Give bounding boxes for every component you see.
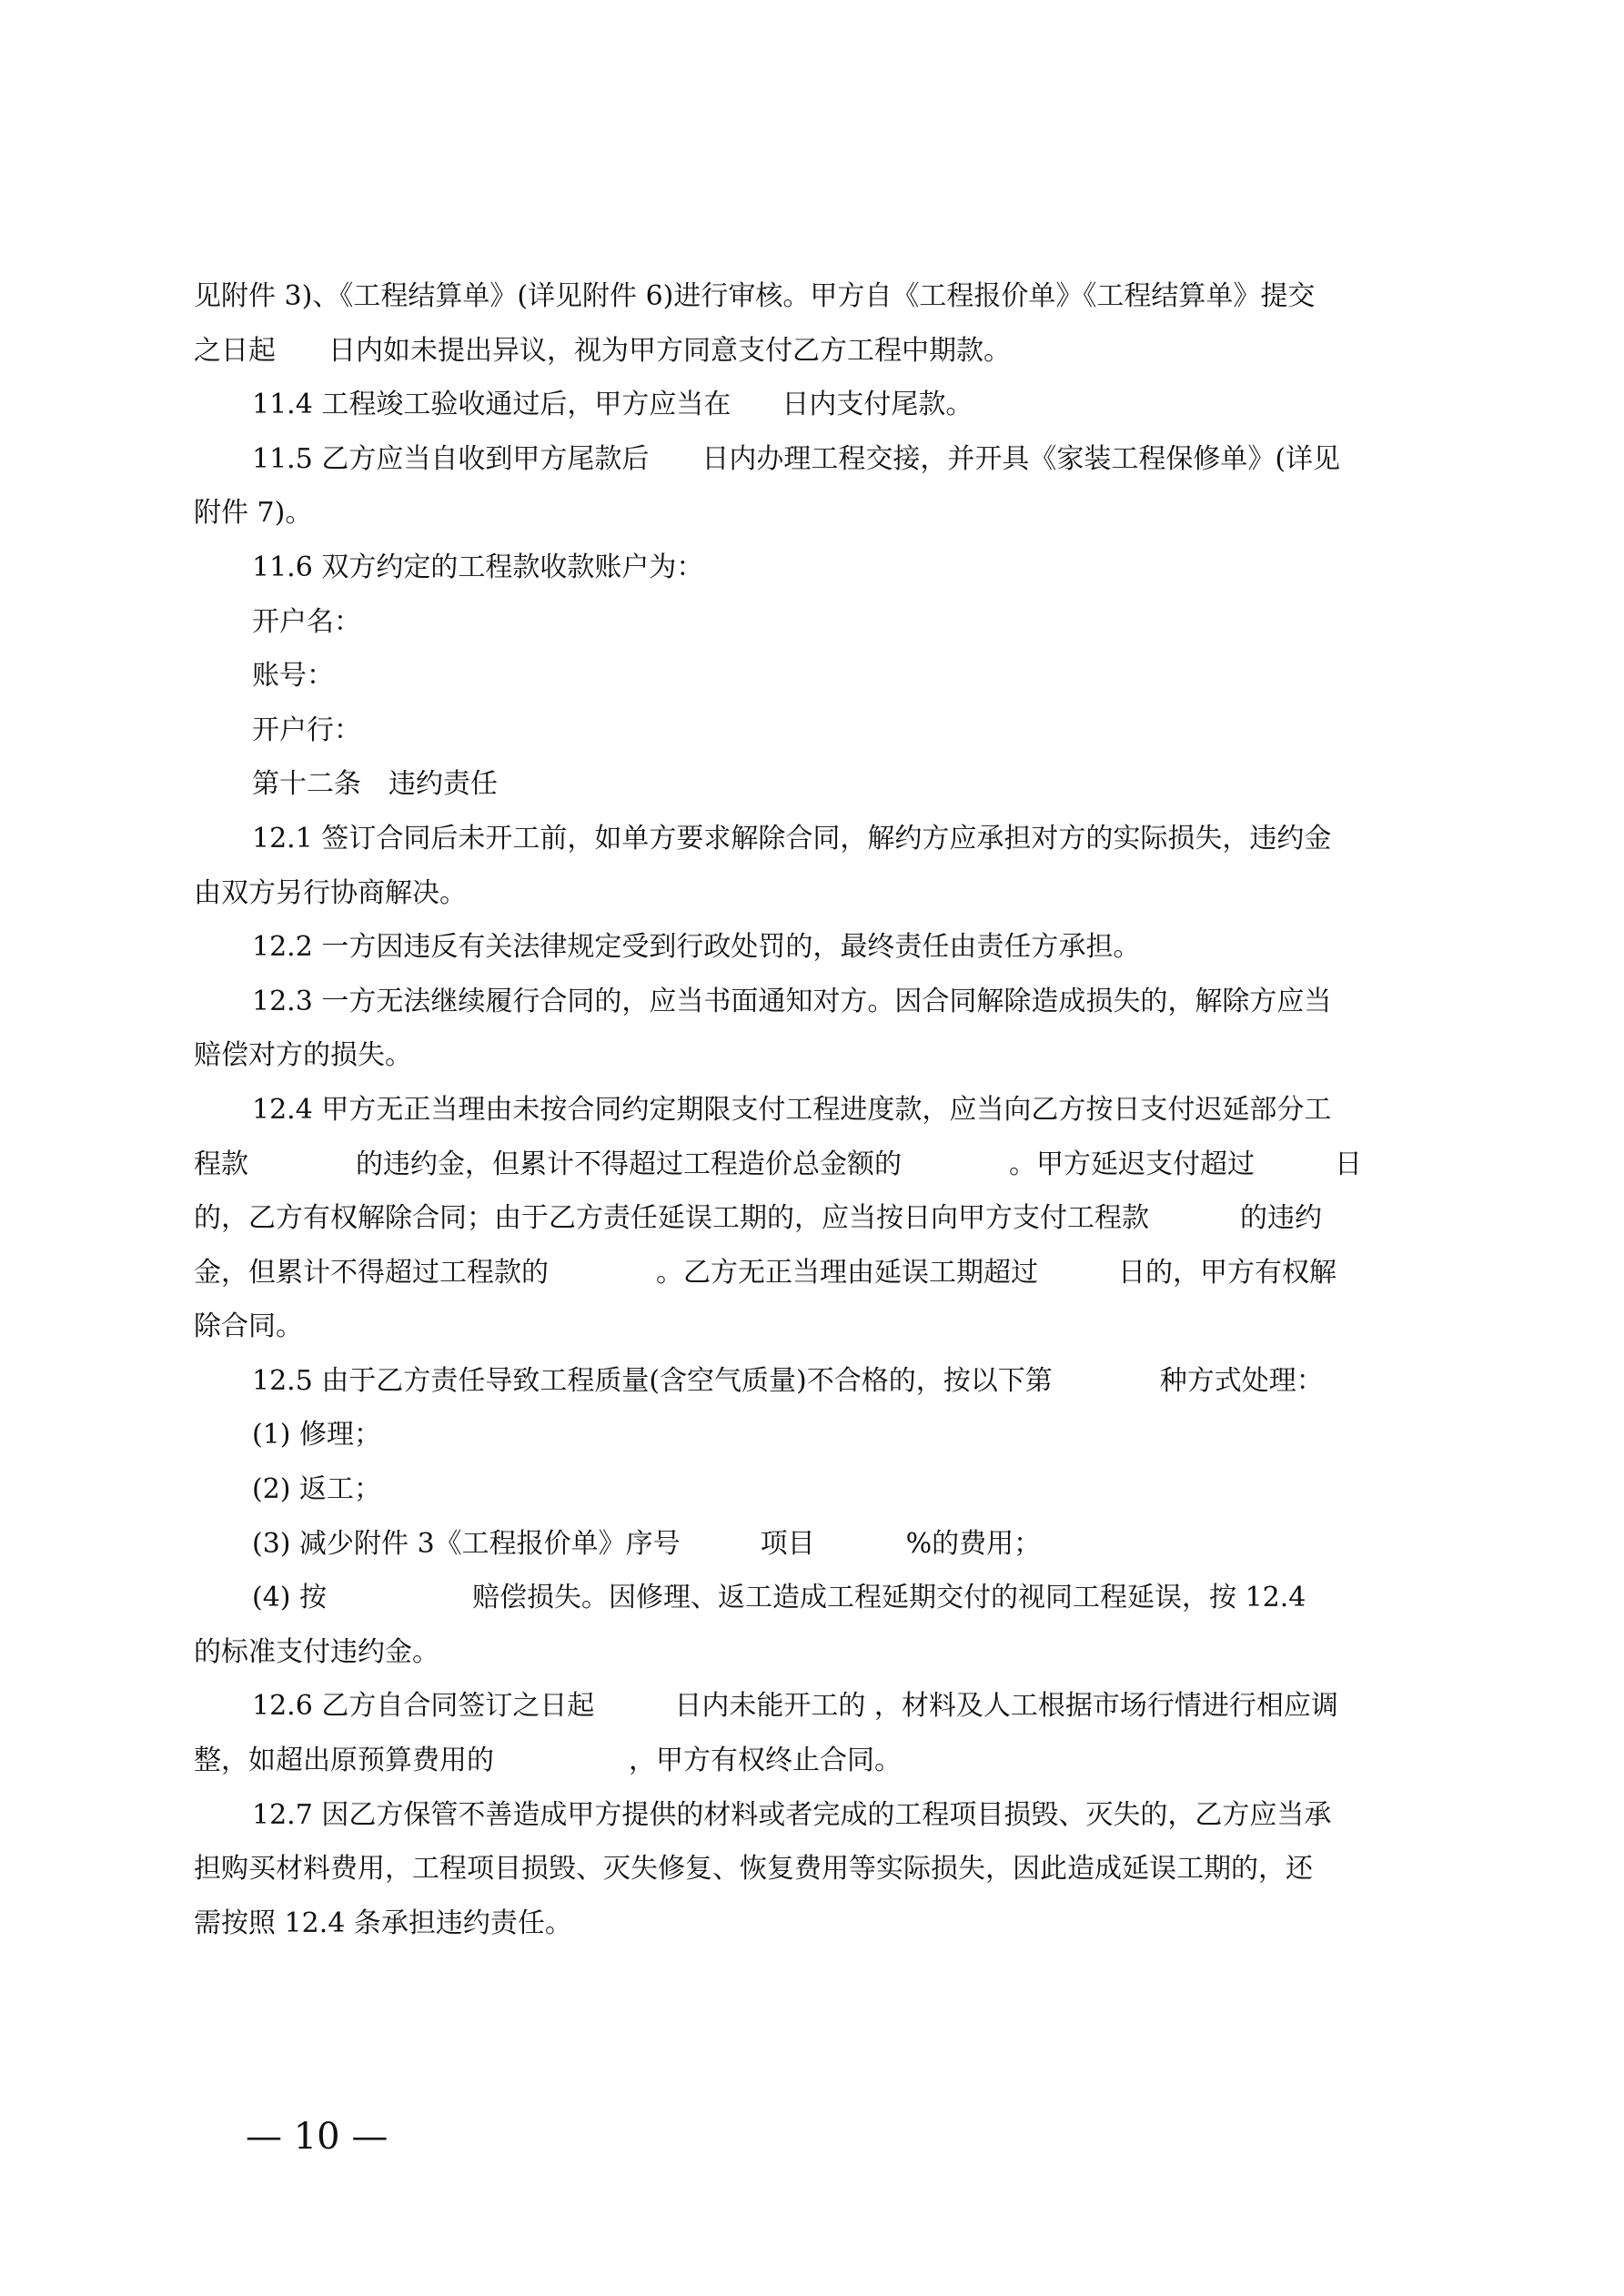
text: 金，但累计不得超过工程款的 — [194, 1257, 549, 1289]
heading-number: 第十二条 — [252, 768, 361, 800]
account-number-field: 账号： — [194, 649, 1451, 703]
text: 11.5 乙方应当自收到甲方尾款后 — [252, 443, 649, 475]
text: (3) 减少附件 3《工程报价单》序号 — [252, 1528, 681, 1560]
text: 12.5 由于乙方责任导致工程质量(含空气质量)不合格的，按以下第 — [252, 1365, 1053, 1397]
text: 的标准支付违约金。 — [194, 1636, 439, 1668]
clause-12-1: 12.1 签订合同后未开工前，如单方要求解除合同，解约方应承担对方的实际损失，违… — [194, 812, 1451, 866]
text: 的违约金，但累计不得超过工程造价总金额的 — [356, 1148, 902, 1180]
paragraph-line: 由双方另行协商解决。 — [194, 866, 1451, 921]
text: 11.4 工程竣工验收通过后，甲方应当在 — [252, 389, 731, 420]
text: 日内支付尾款。 — [782, 389, 973, 420]
text: (2) 返工； — [252, 1473, 381, 1505]
text: 除合同。 — [194, 1310, 303, 1342]
text: 赔偿损失。因修理、返工造成工程延期交付的视同工程延误，按 12.4 — [472, 1582, 1306, 1613]
paragraph-line: 赔偿对方的损失。 — [194, 1028, 1451, 1083]
paragraph-line: 之日起日内如未提出异议，视为甲方同意支付乙方工程中期款。 — [194, 324, 1451, 379]
option-4: (4) 按赔偿损失。因修理、返工造成工程延期交付的视同工程延误，按 12.4 — [194, 1571, 1451, 1625]
option-2: (2) 返工； — [194, 1462, 1451, 1517]
label: 开户名： — [252, 606, 361, 638]
paragraph-line: 的，乙方有权解除合同；由于乙方责任延误工期的，应当按日向甲方支付工程款的违约 — [194, 1191, 1451, 1246]
text: (4) 按 — [252, 1582, 327, 1613]
text: 12.7 因乙方保管不善造成甲方提供的材料或者完成的工程项目损毁、灭失的，乙方应… — [252, 1799, 1331, 1831]
bank-field: 开户行： — [194, 703, 1451, 758]
text: 的违约 — [1240, 1202, 1322, 1234]
label: 账号： — [252, 660, 334, 692]
document-page: 见附件 3)、《工程结算单》(详见附件 6)进行审核。甲方自《工程报价单》《工程… — [194, 269, 1451, 1950]
text: 担购买材料费用，工程项目损毁、灭失修复、恢复费用等实际损失，因此造成延误工期的，… — [194, 1853, 1313, 1885]
paragraph-line: 担购买材料费用，工程项目损毁、灭失修复、恢复费用等实际损失，因此造成延误工期的，… — [194, 1842, 1451, 1896]
paragraph-line: 需按照 12.4 条承担违约责任。 — [194, 1896, 1451, 1951]
text: 11.6 双方约定的工程款收款账户为： — [252, 551, 703, 583]
text: 日内未能开工的 ，材料及人工根据市场行情进行相应调 — [674, 1690, 1338, 1722]
text: 见附件 3)、《工程结算单》(详见附件 6)进行审核。甲方自《工程报价单》《工程… — [194, 269, 1315, 324]
text: 12.2 一方因违反有关法律规定受到行政处罚的，最终责任由责任方承担。 — [252, 931, 1140, 963]
text: (1) 修理； — [252, 1419, 381, 1451]
text: 12.1 签订合同后未开工前，如单方要求解除合同，解约方应承担对方的实际损失，违… — [252, 823, 1331, 855]
text: 由双方另行协商解决。 — [194, 877, 467, 909]
text: 日内办理工程交接，并开具《家装工程保修单》(详见 — [701, 443, 1340, 475]
clause-12-6: 12.6 乙方自合同签订之日起日内未能开工的 ，材料及人工根据市场行情进行相应调 — [194, 1679, 1451, 1734]
text: 日 — [1335, 1148, 1362, 1180]
text: 。甲方延迟支付超过 — [1009, 1148, 1255, 1180]
text: 种方式处理： — [1160, 1365, 1324, 1397]
text: ，甲方有权终止合同。 — [629, 1745, 902, 1776]
clause-12-7: 12.7 因乙方保管不善造成甲方提供的材料或者完成的工程项目损毁、灭失的，乙方应… — [194, 1788, 1451, 1843]
text: 之日起 — [194, 335, 276, 367]
clause-11-4: 11.4 工程竣工验收通过后，甲方应当在日内支付尾款。 — [194, 378, 1451, 432]
text: 程款 — [194, 1148, 248, 1180]
account-name-field: 开户名： — [194, 595, 1451, 650]
text: 12.4 甲方无正当理由未按合同约定期限支付工程进度款，应当向乙方按日支付迟延部… — [252, 1094, 1331, 1126]
text: 的，乙方有权解除合同；由于乙方责任延误工期的，应当按日向甲方支付工程款 — [194, 1202, 1149, 1234]
paragraph-line: 见附件 3)、《工程结算单》(详见附件 6)进行审核。甲方自《工程报价单》《工程… — [194, 269, 1451, 324]
clause-12-4: 12.4 甲方无正当理由未按合同约定期限支付工程进度款，应当向乙方按日支付迟延部… — [194, 1083, 1451, 1138]
label: 开户行： — [252, 714, 361, 746]
clause-11-5: 11.5 乙方应当自收到甲方尾款后日内办理工程交接，并开具《家装工程保修单》(详… — [194, 432, 1451, 487]
option-1: (1) 修理； — [194, 1408, 1451, 1462]
text: 。乙方无正当理由延误工期超过 — [656, 1257, 1038, 1289]
option-3: (3) 减少附件 3《工程报价单》序号项目%的费用； — [194, 1517, 1451, 1572]
text: %的费用； — [906, 1528, 1042, 1560]
text: 12.6 乙方自合同签订之日起 — [252, 1690, 594, 1722]
paragraph-line: 程款的违约金，但累计不得超过工程造价总金额的。甲方延迟支付超过日 — [194, 1138, 1451, 1192]
text: 需按照 12.4 条承担违约责任。 — [194, 1907, 572, 1939]
clause-11-6: 11.6 双方约定的工程款收款账户为： — [194, 541, 1451, 595]
clause-12-2: 12.2 一方因违反有关法律规定受到行政处罚的，最终责任由责任方承担。 — [194, 920, 1451, 975]
text: 项目 — [761, 1528, 815, 1560]
paragraph-line: 金，但累计不得超过工程款的。乙方无正当理由延误工期超过日的，甲方有权解 — [194, 1246, 1451, 1300]
section-heading-article-12: 第十二条违约责任 — [194, 757, 1451, 812]
heading-title: 违约责任 — [388, 768, 498, 800]
text: 整，如超出原预算费用的 — [194, 1745, 494, 1776]
text: 赔偿对方的损失。 — [194, 1039, 412, 1071]
paragraph-line: 整，如超出原预算费用的，甲方有权终止合同。 — [194, 1734, 1451, 1788]
paragraph-line: 的标准支付违约金。 — [194, 1625, 1451, 1680]
clause-12-3: 12.3 一方无法继续履行合同的，应当书面通知对方。因合同解除造成损失的，解除方… — [194, 975, 1451, 1029]
text: 日的，甲方有权解 — [1118, 1257, 1337, 1289]
clause-12-5: 12.5 由于乙方责任导致工程质量(含空气质量)不合格的，按以下第种方式处理： — [194, 1354, 1451, 1409]
text: 12.3 一方无法继续履行合同的，应当书面通知对方。因合同解除造成损失的，解除方… — [252, 986, 1331, 1017]
paragraph-line: 除合同。 — [194, 1300, 1451, 1354]
text: 日内如未提出异议，视为甲方同意支付乙方工程中期款。 — [328, 335, 1011, 367]
text: 附件 7)。 — [194, 497, 312, 529]
page-number: — 10 — — [246, 2109, 388, 2164]
paragraph-line: 附件 7)。 — [194, 486, 1451, 541]
